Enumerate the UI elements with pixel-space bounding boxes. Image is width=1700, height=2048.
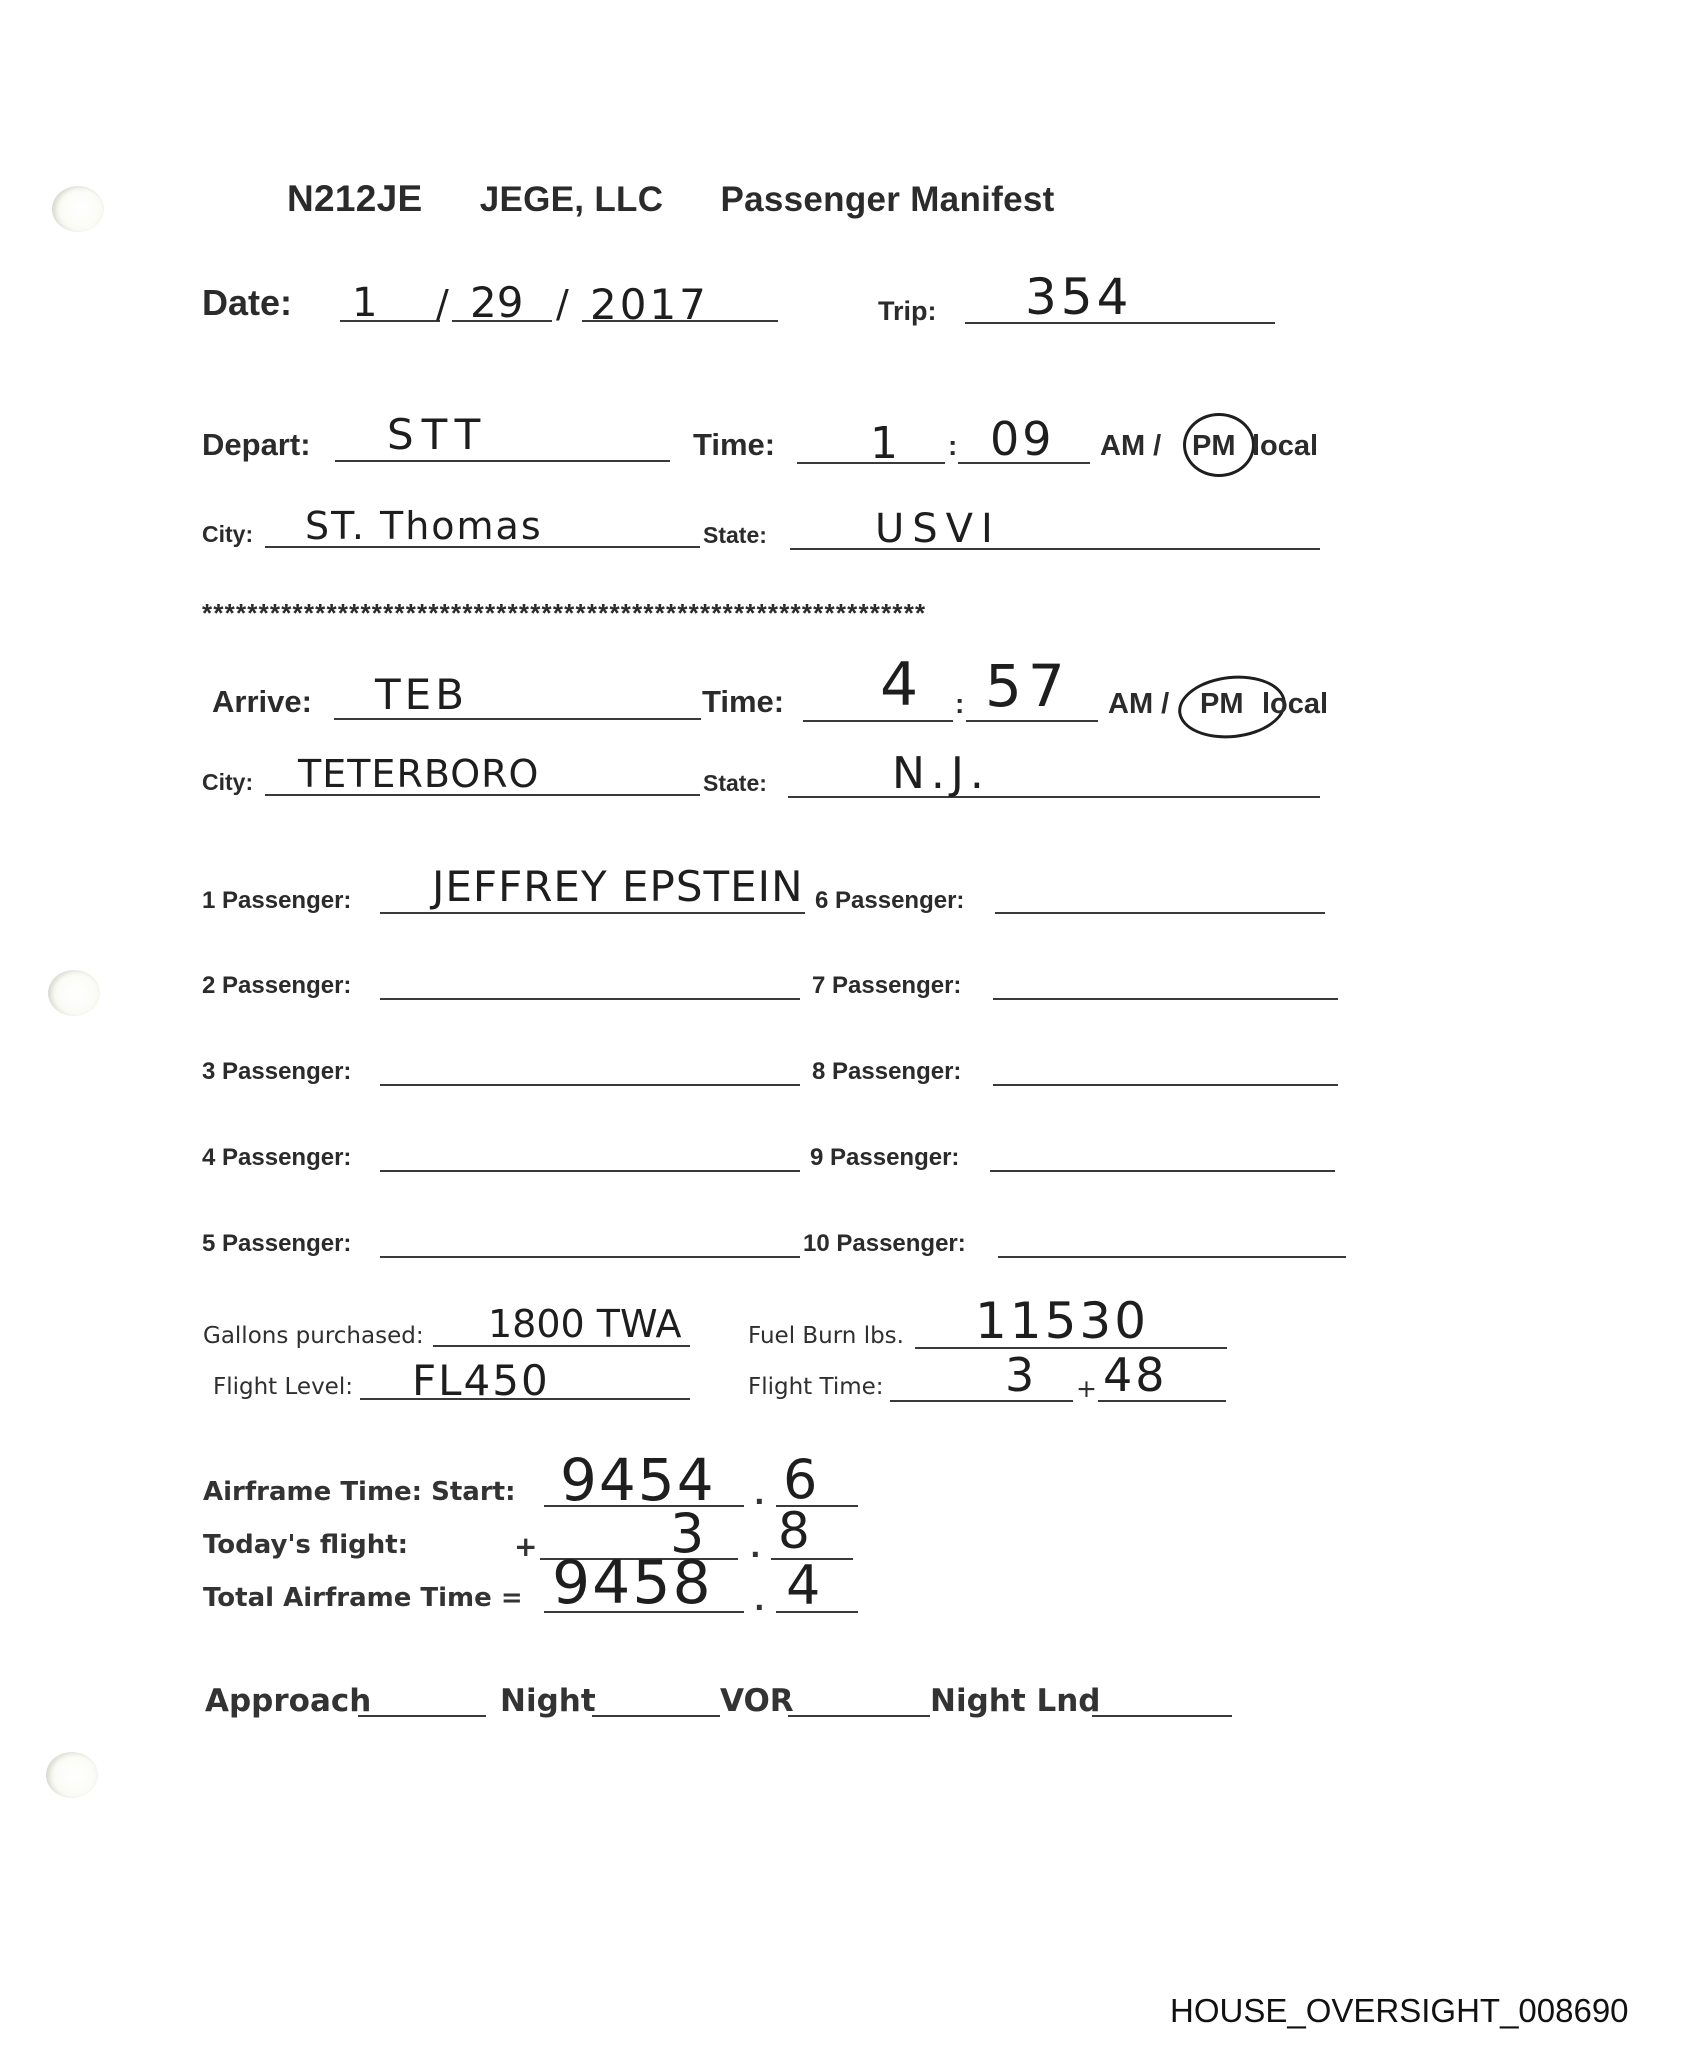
flight-time-plus: +	[1076, 1374, 1097, 1403]
todays-flight-label: Today's flight:	[203, 1530, 408, 1560]
depart-local-label: local	[1252, 430, 1318, 463]
depart-hour-value[interactable]: 1	[870, 418, 898, 469]
form-header: N212JE JEGE, LLC Passenger Manifest	[287, 178, 1055, 220]
fuel-burn-value[interactable]: 11530	[975, 1292, 1149, 1350]
depart-am-label: AM /	[1100, 430, 1161, 463]
passenger-10-line[interactable]	[998, 1256, 1346, 1258]
depart-minute-value[interactable]: 09	[990, 412, 1055, 466]
depart-pm-label: PM	[1192, 430, 1236, 463]
passenger-4-label: 4 Passenger:	[202, 1144, 351, 1172]
total-airframe-tenths[interactable]: 4	[786, 1554, 820, 1617]
depart-city-label: City:	[202, 521, 253, 548]
passenger-10-label: 10 Passenger:	[803, 1230, 966, 1258]
punch-hole-middle	[48, 970, 100, 1016]
passenger-1-label: 1 Passenger:	[202, 887, 351, 915]
total-airframe-whole[interactable]: 9458	[552, 1548, 713, 1618]
depart-state-value[interactable]: USVI	[875, 506, 1001, 552]
vor-label: VOR	[720, 1683, 794, 1719]
passenger-1-line	[380, 912, 805, 914]
section-separator: ****************************************…	[202, 598, 926, 629]
arrive-minute-line	[966, 720, 1098, 722]
tail-number: N212JE	[287, 178, 423, 219]
gallons-purchased-value[interactable]: 1800 TWA	[488, 1302, 682, 1346]
approach-label: Approach	[205, 1683, 371, 1719]
punch-hole-bottom	[46, 1752, 98, 1798]
passenger-2-line[interactable]	[380, 998, 800, 1000]
arrive-state-line	[788, 796, 1320, 798]
trip-label: Trip:	[878, 296, 937, 327]
passenger-7-label: 7 Passenger:	[812, 972, 961, 1000]
arrive-state-value[interactable]: N.J.	[892, 748, 990, 799]
total-airframe-label: Total Airframe Time =	[203, 1583, 523, 1613]
depart-label: Depart:	[202, 427, 311, 463]
passenger-8-label: 8 Passenger:	[812, 1058, 961, 1086]
company-name: JEGE, LLC	[480, 180, 664, 219]
flight-level-value[interactable]: FL450	[412, 1356, 550, 1405]
passenger-6-label: 6 Passenger:	[815, 887, 964, 915]
arrive-state-label: State:	[703, 770, 767, 797]
airframe-start-label: Airframe Time: Start:	[203, 1477, 515, 1507]
passenger-7-line[interactable]	[993, 998, 1338, 1000]
total-airframe-dot: .	[754, 1584, 765, 1617]
vor-line[interactable]	[788, 1715, 930, 1717]
passenger-3-line[interactable]	[380, 1084, 800, 1086]
arrive-local-label: local	[1262, 688, 1328, 721]
depart-state-label: State:	[703, 522, 767, 549]
arrive-minute-value[interactable]: 57	[985, 652, 1071, 720]
flight-time-label: Flight Time:	[748, 1374, 884, 1400]
passenger-3-label: 3 Passenger:	[202, 1058, 351, 1086]
arrive-label: Arrive:	[212, 684, 312, 720]
passenger-9-line[interactable]	[990, 1170, 1335, 1172]
night-lnd-label: Night Lnd	[930, 1683, 1100, 1719]
depart-time-colon: :	[948, 430, 957, 462]
night-line[interactable]	[592, 1715, 720, 1717]
arrive-pm-label: PM	[1200, 688, 1244, 721]
flight-time-hours-line	[890, 1400, 1073, 1402]
punch-hole-top	[52, 186, 104, 232]
depart-airport-value[interactable]: STT	[387, 410, 488, 459]
fuel-burn-label: Fuel Burn lbs.	[748, 1323, 904, 1349]
arrive-time-colon: :	[955, 688, 964, 720]
flight-time-minutes-value[interactable]: 48	[1103, 1348, 1168, 1402]
passenger-5-line[interactable]	[380, 1256, 800, 1258]
night-lnd-line[interactable]	[1092, 1715, 1232, 1717]
approach-line[interactable]	[358, 1715, 486, 1717]
depart-city-value[interactable]: ST. Thomas	[305, 504, 543, 548]
date-year-value[interactable]: 2017	[590, 280, 709, 329]
arrive-am-label: AM /	[1108, 688, 1169, 721]
airframe-start-dot: .	[754, 1478, 765, 1511]
arrive-city-value[interactable]: TETERBORO	[298, 752, 539, 796]
arrive-time-label: Time:	[702, 684, 784, 720]
flight-level-label: Flight Level:	[213, 1374, 353, 1400]
date-separator: /	[436, 282, 449, 326]
date-label: Date:	[202, 282, 292, 324]
arrive-airport-value[interactable]: TEB	[375, 670, 468, 719]
date-day-value[interactable]: 29	[470, 278, 523, 327]
arrive-city-label: City:	[202, 769, 253, 796]
passenger-6-line[interactable]	[995, 912, 1325, 914]
bates-number: HOUSE_OVERSIGHT_008690	[1170, 1992, 1629, 2030]
passenger-4-line[interactable]	[380, 1170, 800, 1172]
arrive-hour-value[interactable]: 4	[880, 650, 918, 720]
date-month-value[interactable]: 1	[352, 280, 377, 326]
trip-value[interactable]: 354	[1025, 268, 1132, 326]
night-label: Night	[500, 1683, 596, 1719]
date-separator: /	[556, 282, 569, 326]
arrive-hour-line	[803, 720, 953, 722]
todays-flight-tenths[interactable]: 8	[778, 1502, 810, 1560]
passenger-5-label: 5 Passenger:	[202, 1230, 351, 1258]
passenger-9-label: 9 Passenger:	[810, 1144, 959, 1172]
passenger-1-name[interactable]: JEFFREY EPSTEIN	[432, 862, 804, 911]
depart-airport-line	[335, 460, 670, 462]
todays-flight-dot: .	[750, 1531, 761, 1564]
depart-state-line	[790, 548, 1320, 550]
todays-flight-plus: +	[514, 1530, 537, 1563]
gallons-purchased-label: Gallons purchased:	[203, 1323, 424, 1349]
passenger-2-label: 2 Passenger:	[202, 972, 351, 1000]
flight-time-hours-value[interactable]: 3	[1005, 1348, 1034, 1402]
form-title: Passenger Manifest	[720, 180, 1054, 219]
passenger-8-line[interactable]	[993, 1084, 1338, 1086]
depart-time-label: Time:	[693, 427, 775, 463]
